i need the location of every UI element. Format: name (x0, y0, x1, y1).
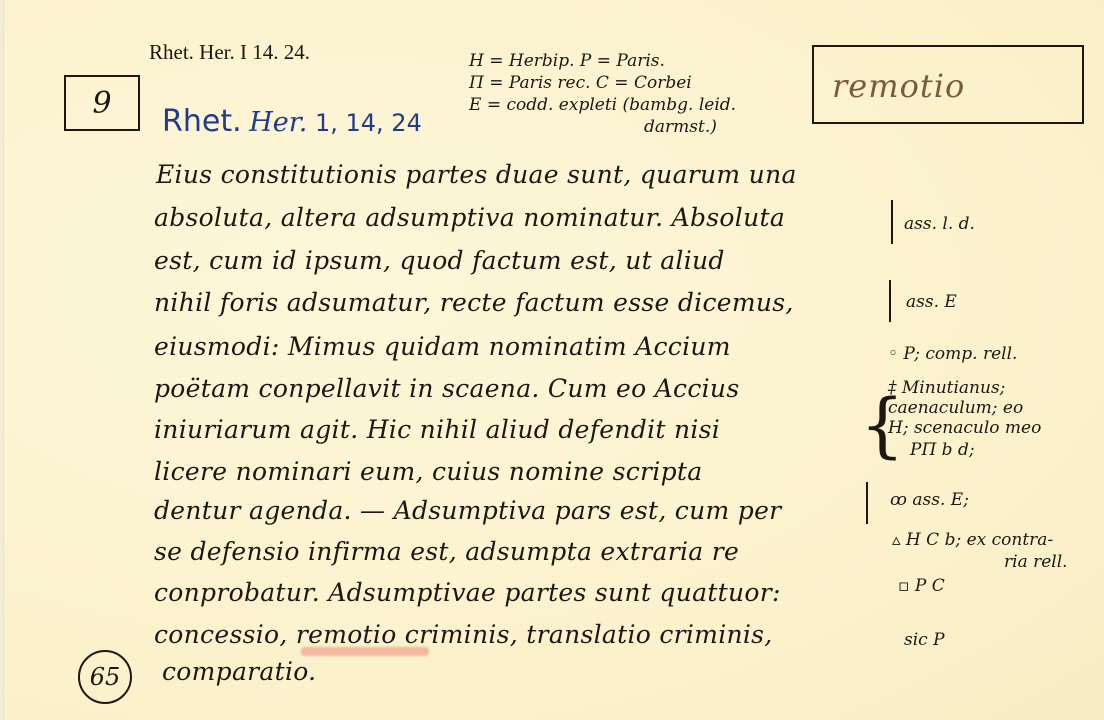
margin-note: ass. l. d. (904, 214, 975, 234)
text-line: dentur agenda. — Adsumptiva pars est, cu… (154, 496, 781, 525)
text-line: eiusmodi: Mimus quidam nominatim Accium (154, 332, 731, 361)
margin-note: ◦ P; comp. rell. (888, 344, 1017, 364)
text-line: comparatio. (162, 657, 316, 686)
margin-note: ▫ P C (898, 576, 945, 596)
margin-divider (891, 200, 893, 244)
margin-note: ria rell. (1004, 552, 1068, 572)
header-citation: Rhet. Her. I 14. 24. (149, 40, 310, 65)
margin-note: ꝏ ass. E; (890, 490, 969, 510)
margin-note: PΠ b d; (910, 440, 975, 460)
text-line: Eius constitutionis partes duae sunt, qu… (156, 160, 797, 189)
lemma-box: remotio (812, 45, 1084, 124)
page-number: 65 (90, 663, 121, 691)
margin-note: caenaculum; eo (888, 398, 1023, 418)
margin-note: ▵ H C b; ex contra- (892, 530, 1053, 550)
margin-note: ass. E (906, 292, 957, 312)
margin-note: H; scenaculo meo (888, 418, 1041, 438)
index-card: Rhet. Her. I 14. 24. 9 Rhet. Her. 1, 14,… (3, 0, 1104, 720)
text-line: iniuriarum agit. Hic nihil aliud defendi… (154, 415, 720, 444)
card-number-box: 9 (64, 75, 140, 131)
typed-citation: Rhet. Her. 1, 14, 24 (162, 104, 422, 139)
typed-citation-numbers: 1, 14, 24 (315, 109, 422, 137)
typed-citation-abbrev: Rhet. (162, 104, 242, 139)
sigla-line: darmst.) (469, 116, 736, 138)
typed-citation-work: Her. (249, 107, 307, 138)
margin-note: sic P (904, 630, 945, 650)
sigla-key: H = Herbip. P = Paris. Π = Paris rec. C … (469, 50, 736, 138)
text-line: licere nominari eum, cuius nomine script… (154, 457, 702, 486)
text-line: conprobatur. Adsumptivae partes sunt qua… (154, 578, 781, 607)
text-line: poëtam conpellavit in scaena. Cum eo Acc… (154, 374, 739, 403)
text-line: se defensio infirma est, adsumpta extrar… (154, 537, 739, 566)
sigla-line: E = codd. expleti (bambg. leid. (469, 94, 736, 116)
margin-divider (889, 280, 891, 322)
text-line: nihil foris adsumatur, recte factum esse… (154, 288, 794, 317)
sigla-line: Π = Paris rec. C = Corbei (469, 72, 736, 94)
text-line: absoluta, altera adsumptiva nominatur. A… (154, 203, 785, 232)
lemma-word: remotio (832, 67, 965, 105)
margin-note: ‡ Minutianus; (888, 378, 1005, 398)
card-number: 9 (92, 86, 111, 121)
text-line: concessio, remotio criminis, translatio … (154, 620, 773, 649)
sigla-line: H = Herbip. P = Paris. (469, 50, 736, 72)
red-highlight-mark (301, 647, 429, 656)
margin-divider (866, 482, 868, 524)
page-number-circle: 65 (78, 650, 132, 704)
text-line: est, cum id ipsum, quod factum est, ut a… (154, 246, 725, 275)
